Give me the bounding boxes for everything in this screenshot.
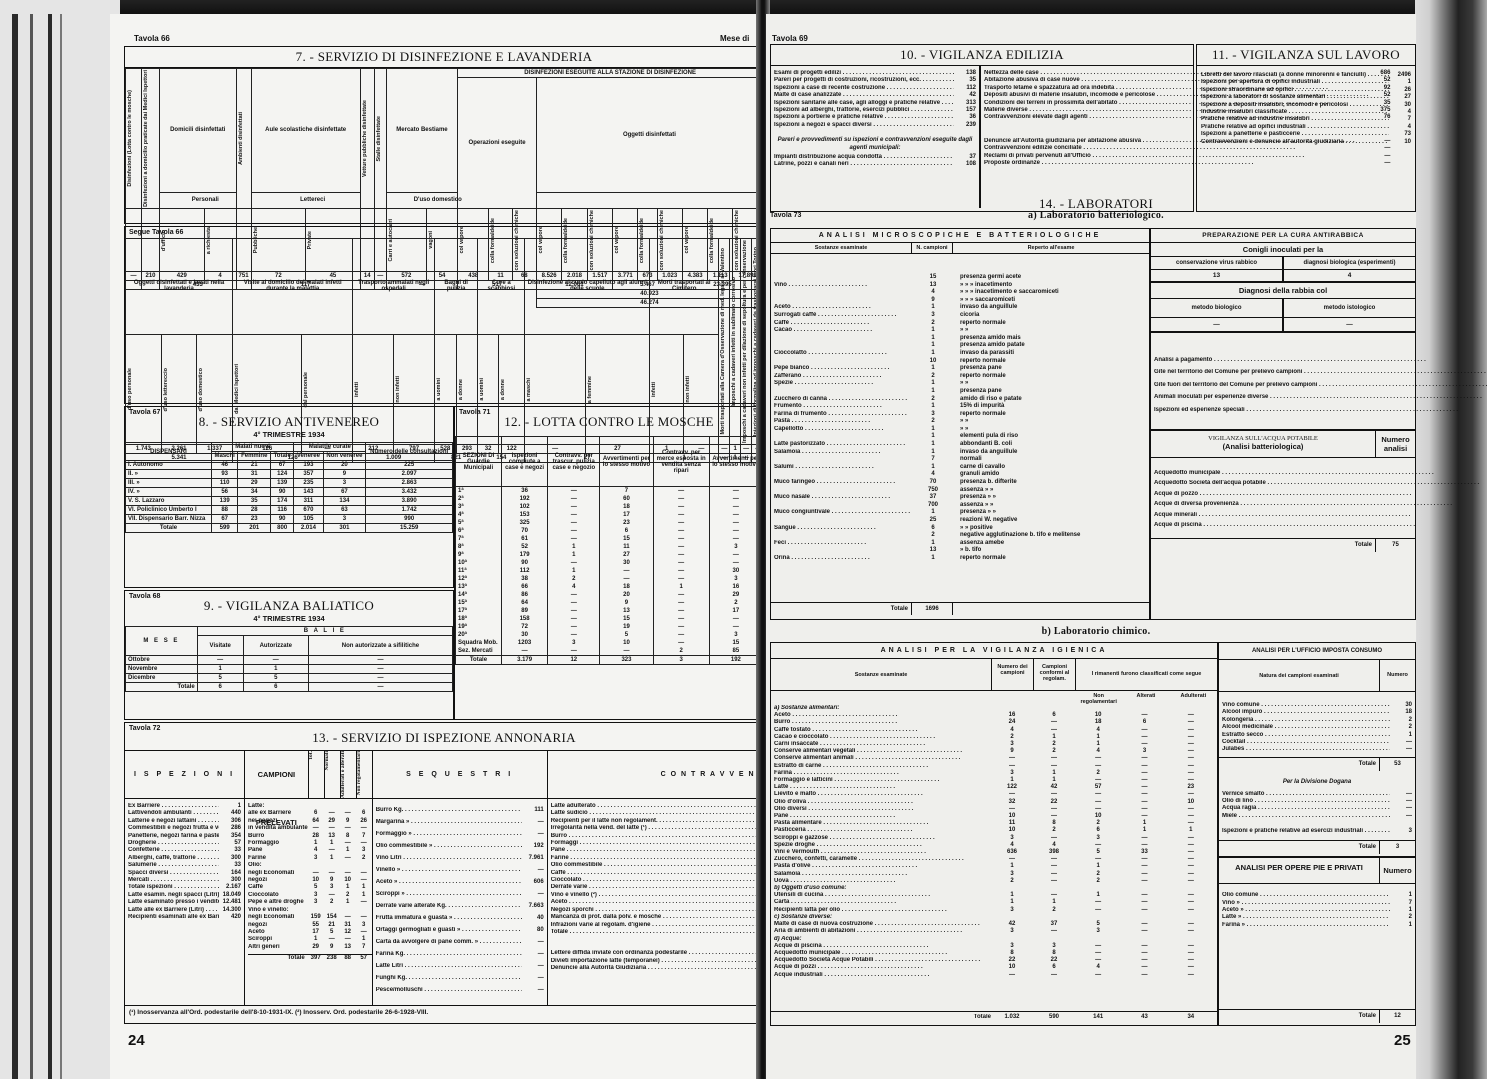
list-item: Aceto17512— <box>248 929 372 936</box>
list-item: Altri generi299137 <box>248 944 372 951</box>
scan-right-edge <box>1415 0 1487 1079</box>
table-total-row: Totale3.179123233192 <box>456 656 763 665</box>
table-cell: 17ª <box>456 607 502 615</box>
list-item: alle ex Barriere6——6 <box>248 810 372 817</box>
table-cell: 116 <box>271 506 294 515</box>
table-row: Utensili di cucina . . . . . . . . . . .… <box>774 892 1214 899</box>
scan-left-margin <box>0 0 120 1079</box>
table-cell: — <box>548 623 600 631</box>
table-row: Aceto . . . . . . . . . . . . . . . . . … <box>774 304 1146 312</box>
list-item: negli Economati159154—— <box>248 914 372 921</box>
table-cell: 7ª <box>456 535 502 543</box>
table-cell: 323 <box>600 656 653 665</box>
table-cell: 30 <box>501 631 547 639</box>
list-item: Vino e vinello: <box>248 907 372 914</box>
list-item: Vernice smalto— <box>1222 791 1412 798</box>
table-cell: — <box>653 503 709 511</box>
table-row: Carni insaccate . . . . . . . . . . . . … <box>774 741 1214 748</box>
table-header-cell: Autorizzate <box>243 636 308 656</box>
table-header-cell: Vetture pubbliche disinfettate <box>360 69 374 209</box>
table-cell: 60 <box>600 495 653 503</box>
table-header-cell: Maschi <box>211 452 237 461</box>
table-row: Pasta d'olive . . . . . . . . . . . . . … <box>774 863 1214 870</box>
list-item: Funghi Kg.— <box>376 975 544 982</box>
table-total-row: Totale 12 <box>1219 1009 1415 1023</box>
table-cell: — <box>709 551 762 559</box>
table-title: 11. - VIGILANZA SUL LAVORO <box>1197 45 1415 66</box>
table-row: 4» » » inacetimento e saccaromiceti <box>774 289 1146 297</box>
table-cell: 86 <box>501 591 547 599</box>
table-11-lavoro: 11. - VIGILANZA SUL LAVORO Libretti del … <box>1196 44 1416 212</box>
table-row: Sciroppi e gazzose . . . . . . . . . . .… <box>774 835 1214 842</box>
table-cell: 1.742 <box>366 506 453 515</box>
table-cell: 5 <box>600 631 653 639</box>
table-total-row: Totale 3 <box>1219 840 1415 854</box>
table-cell: — <box>548 511 600 519</box>
table-cell: — <box>709 519 762 527</box>
table-cell: VII. Dispensario Barr. Nizza <box>126 515 212 524</box>
table-row: 13» b. tifo <box>774 547 1146 555</box>
table-row: 8ª52111—3 <box>456 543 763 551</box>
list-item: Ex Barriere1 <box>128 803 241 810</box>
table-row: 1presenza amido patate <box>774 342 1146 350</box>
table-cell: 18 <box>600 503 653 511</box>
table-cell: 21 <box>238 461 271 470</box>
table-row: Feci . . . . . . . . . . . . . . . . . .… <box>774 540 1146 548</box>
table-cell: 90 <box>271 515 294 524</box>
table-row: 1elementi pula di riso <box>774 433 1146 441</box>
table-cell: 3 <box>653 656 709 665</box>
table-header-cell: Disinfezione al cuoio capelluto agli alu… <box>525 239 650 335</box>
list-item: Margarina »— <box>376 819 544 826</box>
table-header-cell: Disinfezioni (Lotta contro le mosche) <box>126 69 142 209</box>
table-row: I. Autonomo46216719320225 <box>126 461 453 470</box>
list-item: Sciroppi »— <box>376 891 544 898</box>
table-header-cell: Operazioni eseguite <box>458 78 537 209</box>
list-item: Latrine, pozzi e canali neri108 <box>774 161 976 168</box>
table-cell: — <box>243 656 308 665</box>
table-cell: 15 <box>600 615 653 623</box>
table-header-cell: Non autorizzate a sifilitiche <box>308 636 452 656</box>
table-cell: 2 <box>548 575 600 583</box>
list-item: Miele— <box>1222 813 1412 820</box>
table-13-columns: I S P E Z I O N I Ex Barriere1Lattivendo… <box>125 750 763 1005</box>
table-row: Acque industriali . . . . . . . . . . . … <box>774 972 1214 979</box>
table-cell: 153 <box>501 511 547 519</box>
table-row: Surrogati caffè . . . . . . . . . . . . … <box>774 312 1146 320</box>
list-item: Latte »2 <box>1222 914 1412 921</box>
list-item: negli Economati———— <box>248 870 372 877</box>
table-cell: 192 <box>709 656 762 665</box>
table-row: 12ª382——3 <box>456 575 763 583</box>
table-row: Salamoia . . . . . . . . . . . . . . . .… <box>774 449 1146 457</box>
table-row: 4granuli amido <box>774 471 1146 479</box>
table-cell: 52 <box>501 543 547 551</box>
table-cell: Totale <box>126 524 212 533</box>
table-cell: III. » <box>126 479 212 488</box>
list-item: Salumerie33 <box>128 862 241 869</box>
table-row: 15ª64—9—2 <box>456 599 763 607</box>
table-cell: — <box>653 559 709 567</box>
table-cell: 67 <box>211 515 237 524</box>
table-cell: 158 <box>501 615 547 623</box>
table-row: 10reperto normale <box>774 358 1146 366</box>
table-cell: 179 <box>501 551 547 559</box>
table-7-disinfezione: 7. - SERVIZIO DI DISINFEZIONE E LAVANDER… <box>124 46 764 224</box>
table-row: VI. Policlinico Umberto I8828116670631.7… <box>126 506 453 515</box>
table-cell: — <box>653 607 709 615</box>
table-cell: — <box>653 623 709 631</box>
table-cell: — <box>548 615 600 623</box>
table-cell: 3 <box>323 479 366 488</box>
table-row: 14ª86—20—29 <box>456 591 763 599</box>
table-row: Formaggio e latticini . . . . . . . . . … <box>774 777 1214 784</box>
table-header-cell: Oggetti disinfettati <box>536 78 762 193</box>
section-subtitle: b) Laboratorio chimico. <box>886 626 1306 637</box>
table-cell: 1 <box>197 665 243 674</box>
table-12-grid: SEZIONI DI Guardie MunicipaliIspezioni c… <box>455 436 763 665</box>
table-row: Pane . . . . . . . . . . . . . . . . . .… <box>774 813 1214 820</box>
table-row: Cacao e cioccolato . . . . . . . . . . .… <box>774 734 1214 741</box>
table-title: 8. - SERVIZIO ANTIVENEREO <box>125 414 453 430</box>
table-cell: 3ª <box>456 503 502 511</box>
table-row: Caffè tostato . . . . . . . . . . . . . … <box>774 727 1214 734</box>
list-item: Olio comune1 <box>1222 892 1412 899</box>
table-cell: 90 <box>271 488 294 497</box>
table-cell: — <box>653 599 709 607</box>
table-cell: 4 <box>548 583 600 591</box>
list-item: Drogherie57 <box>128 840 241 847</box>
table-cell: 38 <box>501 575 547 583</box>
table-row: 20ª30—5—3 <box>456 631 763 639</box>
table-header-cell: Totale <box>271 452 294 461</box>
table-cell: — <box>308 683 452 692</box>
table-cell: 11ª <box>456 567 502 575</box>
table-cell: 4ª <box>456 511 502 519</box>
list-item: Acquedotto Società dell'acqua potabile <box>1154 480 1487 487</box>
table-cell: — <box>308 656 452 665</box>
table-row: Pasta alimentare . . . . . . . . . . . .… <box>774 820 1214 827</box>
table-row: Acquedotto municipale . . . . . . . . . … <box>774 950 1214 957</box>
table-cell: 14ª <box>456 591 502 599</box>
list-item: Acquedotto municipale <box>1154 470 1487 477</box>
section-subtitle: a) Laboratorio batteriologico. <box>886 210 1306 221</box>
list-item: Vino »7 <box>1222 900 1412 907</box>
list-item: Ispezioni ad alberghi, trattorie, eserci… <box>774 107 976 114</box>
list-item: Latterie e negozi lattaini306 <box>128 818 241 825</box>
table-cell: 2.014 <box>294 524 323 533</box>
table-row: Acque di pozzi . . . . . . . . . . . . .… <box>774 964 1214 971</box>
table-cell: 3 <box>709 575 762 583</box>
list-item: Farine31—2 <box>248 855 372 862</box>
list-item: Pesce/molluschi— <box>376 987 544 994</box>
list-item: Confetterie33 <box>128 847 241 854</box>
table-header-cell: Morti trasportati al Cimitero <box>650 239 719 335</box>
table-header-cell: Trasporto ammalati negli ospedali <box>353 239 435 335</box>
table-cell: 1 <box>653 583 709 591</box>
table-cell: II. » <box>126 470 212 479</box>
table-cell: 16 <box>709 583 762 591</box>
list-item: Acque di diversa provenienza <box>1154 501 1487 508</box>
table-cell: — <box>548 495 600 503</box>
table-cell: 6 <box>243 683 308 692</box>
table-cell: — <box>548 519 600 527</box>
table-row: Squadra Mob.1203310—15 <box>456 639 763 647</box>
table-row: Muco faringeo . . . . . . . . . . . . . … <box>774 479 1146 487</box>
table-cell: — <box>548 503 600 511</box>
table-cell: — <box>653 567 709 575</box>
table-cell: — <box>709 615 762 623</box>
table-row: 7normali <box>774 456 1146 464</box>
table-row: Pasticceria . . . . . . . . . . . . . . … <box>774 827 1214 834</box>
table-row: Pasta . . . . . . . . . . . . . . . . . … <box>774 418 1146 426</box>
table-total-row: Totale1.0325901414334 <box>771 1011 1217 1023</box>
table-header-cell: Oggetti disinfettati e lavati nella lava… <box>126 239 233 335</box>
table-cell: — <box>548 599 600 607</box>
table-cell: — <box>548 535 600 543</box>
list-item: Analisi a pagamento <box>1154 357 1487 364</box>
table-header-cell: Lettereci <box>251 192 374 208</box>
table-cell: 174 <box>271 497 294 506</box>
table-cell: — <box>600 567 653 575</box>
list-item: Pane4—13 <box>248 847 372 854</box>
table-cell: 89 <box>501 607 547 615</box>
table-row: Estratto di carne . . . . . . . . . . . … <box>774 763 1214 770</box>
table-cell: Squadra Mob. <box>456 639 502 647</box>
list-item: Pepe e altre droghe321— <box>248 899 372 906</box>
table-row: VII. Dispensario Barr. Nizza672390105399… <box>126 515 453 524</box>
table-cell: VI. Policlinico Umberto I <box>126 506 212 515</box>
list-item: Animali inoculati per esperienze diverse <box>1154 394 1487 401</box>
table-row: Zafferano . . . . . . . . . . . . . . . … <box>774 373 1146 381</box>
list-item: Burro Kg.111 <box>376 807 544 814</box>
table-header-cell: Stalle disinfettate <box>374 69 386 209</box>
table-cell: 61 <box>501 535 547 543</box>
table-cell: 102 <box>501 503 547 511</box>
table-header-cell: Ambienti disinfettati <box>236 69 251 209</box>
table-cell: 225 <box>366 461 453 470</box>
list-item: Ispezioni a case di recente costruzione1… <box>774 85 976 92</box>
table-header-cell: Malati nuovi <box>211 443 293 452</box>
table-cell: — <box>709 503 762 511</box>
table-title: 7. - SERVIZIO DI DISINFEZIONE E LAVANDER… <box>125 47 763 68</box>
table-cell: 15.259 <box>366 524 453 533</box>
table-header-cell: Non veneree <box>323 452 366 461</box>
list-item: Farina Kg.— <box>376 951 544 958</box>
list-item: Lattivendoli ambulanti440 <box>128 810 241 817</box>
table-cell: — <box>653 495 709 503</box>
running-head: Tavola 66 <box>134 34 170 43</box>
table-row: a) Sostanze alimentari: <box>774 705 1214 712</box>
table-header-cell: DISINFEZIONI ESEGUITE ALLA STAZIONE DI D… <box>458 69 763 78</box>
list-item: Pratiche relative ad industrie insalubri… <box>1201 116 1411 123</box>
table-header-cell: Aule scolastiche disinfettate <box>251 69 360 193</box>
table-cell: 301 <box>323 524 366 533</box>
footnote: (¹) Inosservanza all'Ord. podestarile de… <box>125 1005 763 1019</box>
table-cell: 29 <box>709 591 762 599</box>
table-cell: 56 <box>211 488 237 497</box>
table-row: d) Acque: <box>774 936 1214 943</box>
table-cell: 36 <box>501 487 547 496</box>
table-row: Spezie . . . . . . . . . . . . . . . . .… <box>774 380 1146 388</box>
list-item: Cocktail— <box>1222 739 1412 746</box>
list-item: negozi5521313 <box>248 922 372 929</box>
list-item: Latte esamin. negli spacci (Litri)18.049 <box>128 892 241 899</box>
table-7-continued: Segue Tavola 66 Oggetti disinfettati e l… <box>124 226 764 404</box>
table-cell: 1203 <box>501 639 547 647</box>
list-item: Impianti distribuzione acqua condotta37 <box>774 154 976 161</box>
left-page: Tavola 66 Mese di 7. - SERVIZIO DI DISIN… <box>110 14 762 1079</box>
table-row: 700assenza » » <box>774 502 1146 510</box>
table-cell: 193 <box>294 461 323 470</box>
table-cell: — <box>653 487 709 496</box>
table-cell: 1 <box>243 665 308 674</box>
list-item: Alcool impuro18 <box>1222 709 1412 716</box>
table-cell: 15 <box>600 535 653 543</box>
table-cell: 30 <box>600 559 653 567</box>
list-item: Libretti del lavoro rilasciati (a donne … <box>1201 72 1411 79</box>
table-cell: 29 <box>238 479 271 488</box>
table-cell: — <box>197 656 243 665</box>
list-item: Ispezioni a laboratori di sostanze alime… <box>1201 94 1411 101</box>
table-total-row: Totale3972388857 <box>248 954 372 962</box>
table-row: III. »1102913923532.863 <box>126 479 453 488</box>
table-total-row: Totale1.0325901414334 <box>774 1014 1214 1021</box>
scan-top-edge <box>0 0 1487 14</box>
table-total-row: Totale 1696 <box>771 602 1149 615</box>
table-cell: V. S. Lazzaro <box>126 497 212 506</box>
table-cell: 143 <box>294 488 323 497</box>
table-header-cell: Avvertimenti per lo stesso motivo <box>600 437 653 487</box>
table-9-grid: M E S EB A L I E VisitateAutorizzateNon … <box>125 626 453 692</box>
table-cell: 2 <box>653 647 709 656</box>
table-cell: 10 <box>600 639 653 647</box>
table-total-row: Totale66— <box>126 683 453 692</box>
list-item: Spacci diversi164 <box>128 870 241 877</box>
table-cell: 1 <box>548 543 600 551</box>
table-title: 10. - VIGILANZA EDILIZIA <box>771 45 1193 66</box>
table-cell: — <box>709 623 762 631</box>
list-item: Julabes— <box>1222 746 1412 753</box>
table-row: 2negative agglutinazione b. tifo e melit… <box>774 532 1146 540</box>
table-cell: Totale <box>126 683 198 692</box>
list-item: Acque minerali <box>1154 512 1487 519</box>
table-cell: 2.863 <box>366 479 453 488</box>
list-item: Acqua ragia— <box>1222 805 1412 812</box>
table-total-row: Totale ispezioni2.167 <box>128 884 241 891</box>
table-cell: 12 <box>548 656 600 665</box>
table-10-edilizia: 10. - VIGILANZA EDILIZIA Esami di proget… <box>770 44 1194 212</box>
table-cell: — <box>653 535 709 543</box>
table-cell: Dicembre <box>126 674 198 683</box>
table-header-cell: SEZIONI DI Guardie Municipali <box>456 437 502 487</box>
table-row: Orina . . . . . . . . . . . . . . . . . … <box>774 555 1146 563</box>
table-cell: — <box>653 527 709 535</box>
table-cell: — <box>548 607 600 615</box>
table-cell: 3.890 <box>366 497 453 506</box>
table-title: 9. - VIGILANZA BALIATICO <box>125 598 453 614</box>
table-cell: 2 <box>709 599 762 607</box>
list-item: Ortaggi germogliati e guasti »80 <box>376 927 544 934</box>
binding-strip <box>60 14 62 1079</box>
list-item: Vino Litri7.961 <box>376 855 544 862</box>
table-title: 12. - LOTTA CONTRO LE MOSCHE <box>455 414 763 430</box>
table-row: 3ª102—18—— <box>456 503 763 511</box>
table-cell: 1 <box>548 567 600 575</box>
table-cell: 3 <box>548 639 600 647</box>
table-cell: — <box>600 575 653 583</box>
table-row: 10ª90—30—— <box>456 559 763 567</box>
table-row: 1presenza amido mais <box>774 335 1146 343</box>
table-row: Uova . . . . . . . . . . . . . . . . . .… <box>774 878 1214 885</box>
table-cell: 3 <box>323 515 366 524</box>
table-cell: 15 <box>709 639 762 647</box>
table-cell: 66 <box>501 583 547 591</box>
table-cell: 6 <box>600 527 653 535</box>
table-cell: 90 <box>501 559 547 567</box>
table-row: Latte . . . . . . . . . . . . . . . . . … <box>774 784 1214 791</box>
running-head-right: Mese di <box>720 34 749 43</box>
table-row: Pepe bianco . . . . . . . . . . . . . . … <box>774 365 1146 373</box>
campioni-column: CAMPIONI PRELEVATI Tot. Normali Adultera… <box>245 751 373 1005</box>
page-number: 24 <box>128 1032 145 1049</box>
table-cell: 17 <box>709 607 762 615</box>
table-row: Lievito e malto . . . . . . . . . . . . … <box>774 791 1214 798</box>
table-header-cell: Mercato Bestiame <box>386 69 458 193</box>
list-item: Gite nel territorio del Comune per preli… <box>1154 369 1487 376</box>
table-row: Muco congiuntivale . . . . . . . . . . .… <box>774 509 1146 517</box>
table-row: Conserve alimentari vegetali . . . . . .… <box>774 748 1214 755</box>
list-item: Kolongeria2 <box>1222 717 1412 724</box>
table-header-cell: DISPENSARI <box>126 443 212 461</box>
list-item: Ispezioni a negozi e spacci diversi239 <box>774 122 976 129</box>
table-cell: 28 <box>238 506 271 515</box>
list-item: Carta da avvolgere di pane comm. »— <box>376 939 544 946</box>
table-cell: 67 <box>323 488 366 497</box>
table-total-row: Totale 53 <box>1219 757 1415 771</box>
table-row: Sangue . . . . . . . . . . . . . . . . .… <box>774 525 1146 533</box>
list-item: nei negozi6429926 <box>248 818 372 825</box>
table-row: 1ª36—7—— <box>456 487 763 496</box>
table-cell: 5ª <box>456 519 502 527</box>
table-row: 9ª179127—— <box>456 551 763 559</box>
table-header-cell: Cure a scabbiosi <box>478 239 525 335</box>
table-cell: 5 <box>243 674 308 683</box>
list-item: Commestibili e negozi frutta e verdura28… <box>128 825 241 832</box>
table-row: Spezie droghe . . . . . . . . . . . . . … <box>774 842 1214 849</box>
table-cell: 9 <box>323 470 366 479</box>
list-item: Caffè5311 <box>248 884 372 891</box>
table-14b-igienica: ANALISI PER LA VIGILANZA IGIENICA Sostan… <box>770 642 1218 1026</box>
table-cell: — <box>709 527 762 535</box>
table-cell: 85 <box>709 647 762 656</box>
list-item: Latte esaminato presso i venditori amb. … <box>128 899 241 906</box>
list-item: Latte alle ex Barriere (Litri)14.300 <box>128 907 241 914</box>
table-header-cell: M E S E <box>126 627 198 656</box>
table-9-baliatico: Tavola 68 9. - VIGILANZA BALIATICO 4° TR… <box>124 590 454 720</box>
table-cell: 311 <box>294 497 323 506</box>
table-row: Olio d'oliva . . . . . . . . . . . . . .… <box>774 799 1214 806</box>
table-row: Aria di ambienti di abitazioni . . . . .… <box>774 928 1214 935</box>
list-item: Esami di progetti edilizi138 <box>774 70 976 77</box>
table-row: c) Sostanze diverse: <box>774 914 1214 921</box>
table-cell: 20 <box>323 461 366 470</box>
list-item: Gite fuori del territorio del Comune per… <box>1154 382 1487 389</box>
list-item: Formaggio »— <box>376 831 544 838</box>
list-item: Farina »1 <box>1222 922 1412 929</box>
table-cell: 192 <box>501 495 547 503</box>
table-row: Acque di piscina . . . . . . . . . . . .… <box>774 943 1214 950</box>
